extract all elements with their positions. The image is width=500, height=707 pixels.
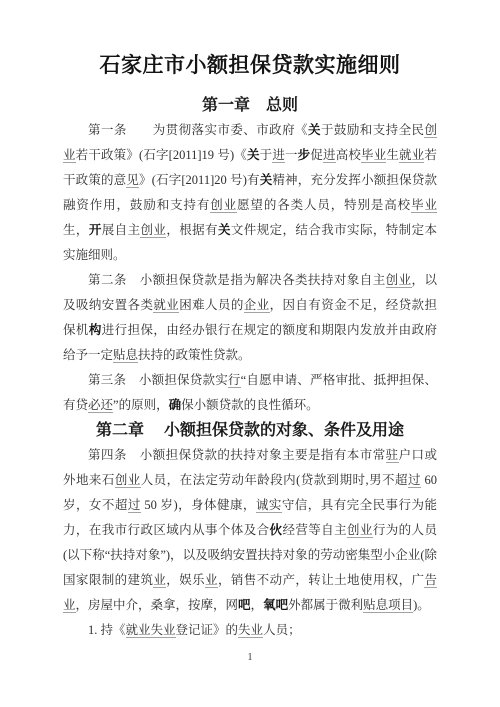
paragraph: 第二条 小额担保贷款是指为解决各类扶持对象自主创业，以及吸纳安置各类就业困难人员… (63, 268, 437, 368)
chapter-heading: 第一章 总则 (63, 96, 437, 116)
document-page: 石家庄市小额担保贷款实施细则第一章 总则第一条 为贯彻落实市委、市政府《关于鼓励… (0, 0, 500, 707)
paragraph: 第三条 小额担保贷款实行“自愿申请、严格审批、抵押担保、有贷必还”的原则，确保小… (63, 368, 437, 418)
document-body: 石家庄市小额担保贷款实施细则第一章 总则第一条 为贯彻落实市委、市政府《关于鼓励… (63, 50, 437, 643)
list-item: 1. 持《就业失业登记证》的失业人员； (63, 618, 437, 643)
chapter-heading: 第二章 小额担保贷款的对象、条件及用途 (63, 418, 437, 443)
doc-title: 石家庄市小额担保贷款实施细则 (63, 50, 437, 80)
paragraph: 第一条 为贯彻落实市委、市政府《关于鼓励和支持全民创业若干政策》(石字[2011… (63, 118, 437, 268)
page-number: 1 (63, 651, 437, 665)
paragraph: 第四条 小额担保贷款的扶持对象主要是指有本市常驻户口或外地来石创业人员，在法定劳… (63, 443, 437, 618)
